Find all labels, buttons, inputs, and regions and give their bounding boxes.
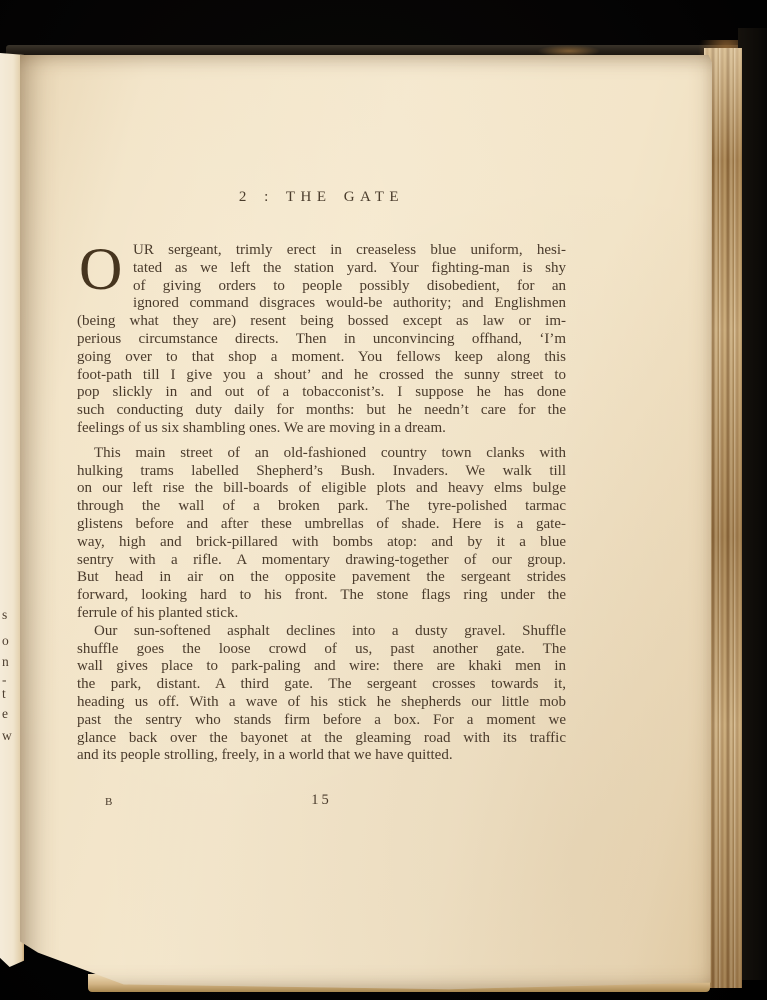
book-right-cover xyxy=(738,28,767,980)
page-fragment-char: o xyxy=(2,634,9,648)
text-line: shuffle goes the loose crowd of us, past… xyxy=(77,641,566,659)
page-fragment-char: w xyxy=(2,729,12,743)
text-line: past the sentry who stands firm before a… xyxy=(77,712,566,730)
text-line: the park, distant. A third gate. The ser… xyxy=(77,676,566,694)
text-line: Our sun-softened asphalt declines into a… xyxy=(77,623,566,641)
text-line: feelings of us six shambling ones. We ar… xyxy=(77,420,566,438)
text-line: (being what they are) resent being bosse… xyxy=(77,313,566,331)
page-fragment-char: - xyxy=(2,673,7,687)
text-line: perious circumstance directs. Then in un… xyxy=(77,331,566,349)
text-line: hulking trams labelled Shepherd’s Bush. … xyxy=(77,463,566,481)
page-fragment-char: n xyxy=(2,655,9,669)
text-line: wall gives place to park-paling and wire… xyxy=(77,658,566,676)
paragraph: OUR sergeant, trimly erect in creaseless… xyxy=(77,242,566,438)
page-fragment-char: s xyxy=(2,608,7,622)
text-line: heading us off. With a wave of his stick… xyxy=(77,694,566,712)
text-line: ferrule of his planted stick. xyxy=(77,605,566,623)
paragraph: This main street of an old-fashioned cou… xyxy=(77,445,566,623)
page-fragment-char: e xyxy=(2,707,8,721)
text-line: But head in air on the opposite pavement… xyxy=(77,569,566,587)
text-line: This main street of an old-fashioned cou… xyxy=(77,445,566,463)
text-line: UR sergeant, trimly erect in creaseless … xyxy=(77,242,566,260)
text-line: glistens before and after these umbrella… xyxy=(77,516,566,534)
text-line: sentry with a rifle. A momentary drawing… xyxy=(77,552,566,570)
text-line: tated as we left the station yard. Your … xyxy=(77,260,566,278)
text-line: pop slickly in and out of a tobacconist’… xyxy=(77,384,566,402)
text-line: of giving orders to people possibly diso… xyxy=(77,278,566,296)
photo-background: son-tew 2 : THE GATE OUR sergeant, triml… xyxy=(0,0,767,1000)
book-page: 2 : THE GATE OUR sergeant, trimly erect … xyxy=(20,55,712,992)
text-line: such conducting duty daily for months: b… xyxy=(77,402,566,420)
text-line: on our left rise the bill-boards of elig… xyxy=(77,480,566,498)
text-line: through the wall of a broken park. The t… xyxy=(77,498,566,516)
page-number: 15 xyxy=(77,792,566,809)
page-fragment-char: t xyxy=(2,687,6,701)
paragraph: Our sun-softened asphalt declines into a… xyxy=(77,623,566,765)
text-line: ignored command disgraces would-be autho… xyxy=(77,295,566,313)
text-line: and its people strolling, freely, in a w… xyxy=(77,747,566,765)
body-text: OUR sergeant, trimly erect in creaseless… xyxy=(77,242,566,765)
drop-cap: O xyxy=(79,245,126,296)
text-line: going over to that shop a moment. You fe… xyxy=(77,349,566,367)
text-line: forward, looking hard to his front. The … xyxy=(77,587,566,605)
text-block: 2 : THE GATE OUR sergeant, trimly erect … xyxy=(77,55,566,992)
text-line: foot-path till I give you a shout’ and h… xyxy=(77,367,566,385)
text-line: glance back over the bayonet at the glea… xyxy=(77,730,566,748)
adjacent-page-fragments: son-tew xyxy=(0,0,16,1000)
chapter-heading: 2 : THE GATE xyxy=(77,189,566,206)
text-line: way, high and brick-pillared with bombs … xyxy=(77,534,566,552)
